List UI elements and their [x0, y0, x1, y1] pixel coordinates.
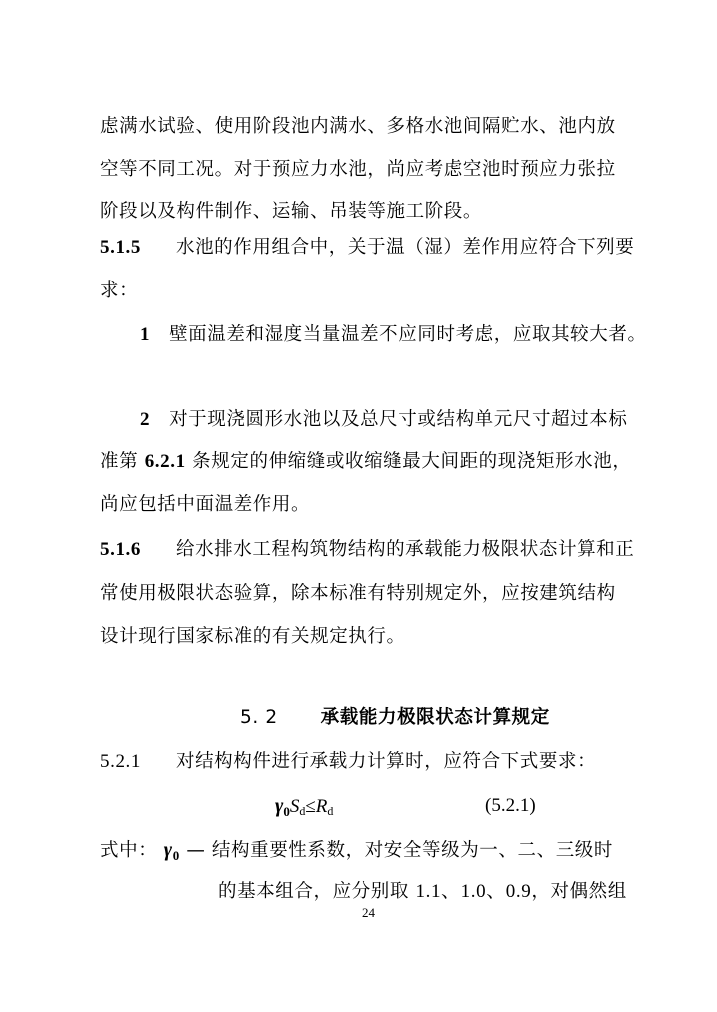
item-2-line-3: 尚应包括中面温差作用。: [100, 493, 310, 517]
section-title: 承载能力极限状态计算规定: [321, 707, 550, 728]
paragraph-line: 阶段以及构件制作、运输、吊装等施工阶段。: [100, 200, 482, 224]
formula-5-2-1: γ0Sd≤Rd: [275, 794, 333, 824]
where-definition: 式中： γ0 — 结构重要性系数，对安全等级为一、二、三级时: [100, 838, 613, 868]
clause-text: 水池的作用组合中，关于温（湿）差作用应符合下列要: [176, 237, 634, 258]
leq-operator: ≤: [305, 796, 315, 817]
item-number: 1: [140, 324, 150, 345]
section-heading: 5. 2 承载能力极限状态计算规定: [240, 706, 550, 730]
clause-reference: 6.2.1: [145, 451, 186, 472]
definition-text: 结构重要性系数，对安全等级为一、二、三级时: [212, 840, 613, 861]
definition-dash: —: [186, 840, 205, 861]
gamma-subscript: 0: [173, 848, 180, 863]
where-label: 式中：: [100, 840, 157, 861]
r-subscript: d: [327, 804, 333, 818]
clause-5-1-6: 5.1.6 给水排水工程构筑物结构的承载能力极限状态计算和正: [100, 538, 634, 562]
paragraph-line: 虑满水试验、使用阶段池内满水、多格水池间隔贮水、池内放: [100, 115, 616, 139]
clause-text: 对结构构件进行承载力计算时，应符合下式要求：: [176, 751, 596, 772]
item-text: 条规定的伸缩缝或收缩缝最大间距的现浇矩形水池，: [192, 451, 631, 472]
clause-5-1-5: 5.1.5 水池的作用组合中，关于温（湿）差作用应符合下列要: [100, 236, 634, 260]
list-item-2: 2 对于现浇圆形水池以及总尺寸或结构单元尺寸超过本标: [140, 408, 627, 432]
clause-text-continuation: 常使用极限状态验算，除本标准有特别规定外，应按建筑结构: [100, 582, 616, 606]
formula-label: (5.2.1): [485, 794, 536, 818]
clause-number: 5.2.1: [100, 751, 141, 772]
clause-number: 5.1.6: [100, 539, 141, 560]
definition-text: 的基本组合，应分别取: [218, 881, 409, 902]
coefficient-values: 1.1、1.0、0.9: [416, 881, 532, 902]
clause-text: 给水排水工程构筑物结构的承载能力极限状态计算和正: [176, 539, 634, 560]
item-number: 2: [140, 409, 150, 430]
paragraph-line: 空等不同工况。对于预应力水池，尚应考虑空池时预应力张拉: [100, 158, 616, 182]
gamma-symbol: γ: [164, 839, 173, 861]
item-text: 壁面温差和湿度当量温差不应同时考虑，应取其较大者。: [169, 324, 647, 345]
clause-text-continuation: 设计现行国家标准的有关规定执行。: [100, 625, 406, 649]
list-item-1: 1 壁面温差和湿度当量温差不应同时考虑，应取其较大者。: [140, 323, 647, 347]
r-symbol: R: [316, 796, 328, 817]
section-number: 5. 2: [240, 707, 278, 728]
clause-text-continuation: 求：: [100, 279, 138, 303]
clause-5-2-1: 5.2.1 对结构构件进行承载力计算时，应符合下式要求：: [100, 750, 596, 774]
s-symbol: S: [290, 796, 300, 817]
item-text: 准第: [100, 451, 138, 472]
page-number: 24: [362, 906, 375, 920]
item-text: 对于现浇圆形水池以及总尺寸或结构单元尺寸超过本标: [169, 409, 627, 430]
definition-text: ，对偶然组: [531, 881, 627, 902]
where-definition-continuation: 的基本组合，应分别取 1.1、1.0、0.9，对偶然组: [218, 880, 627, 904]
clause-number: 5.1.5: [100, 237, 141, 258]
item-2-line-2: 准第 6.2.1 条规定的伸缩缝或收缩缝最大间距的现浇矩形水池，: [100, 450, 631, 474]
